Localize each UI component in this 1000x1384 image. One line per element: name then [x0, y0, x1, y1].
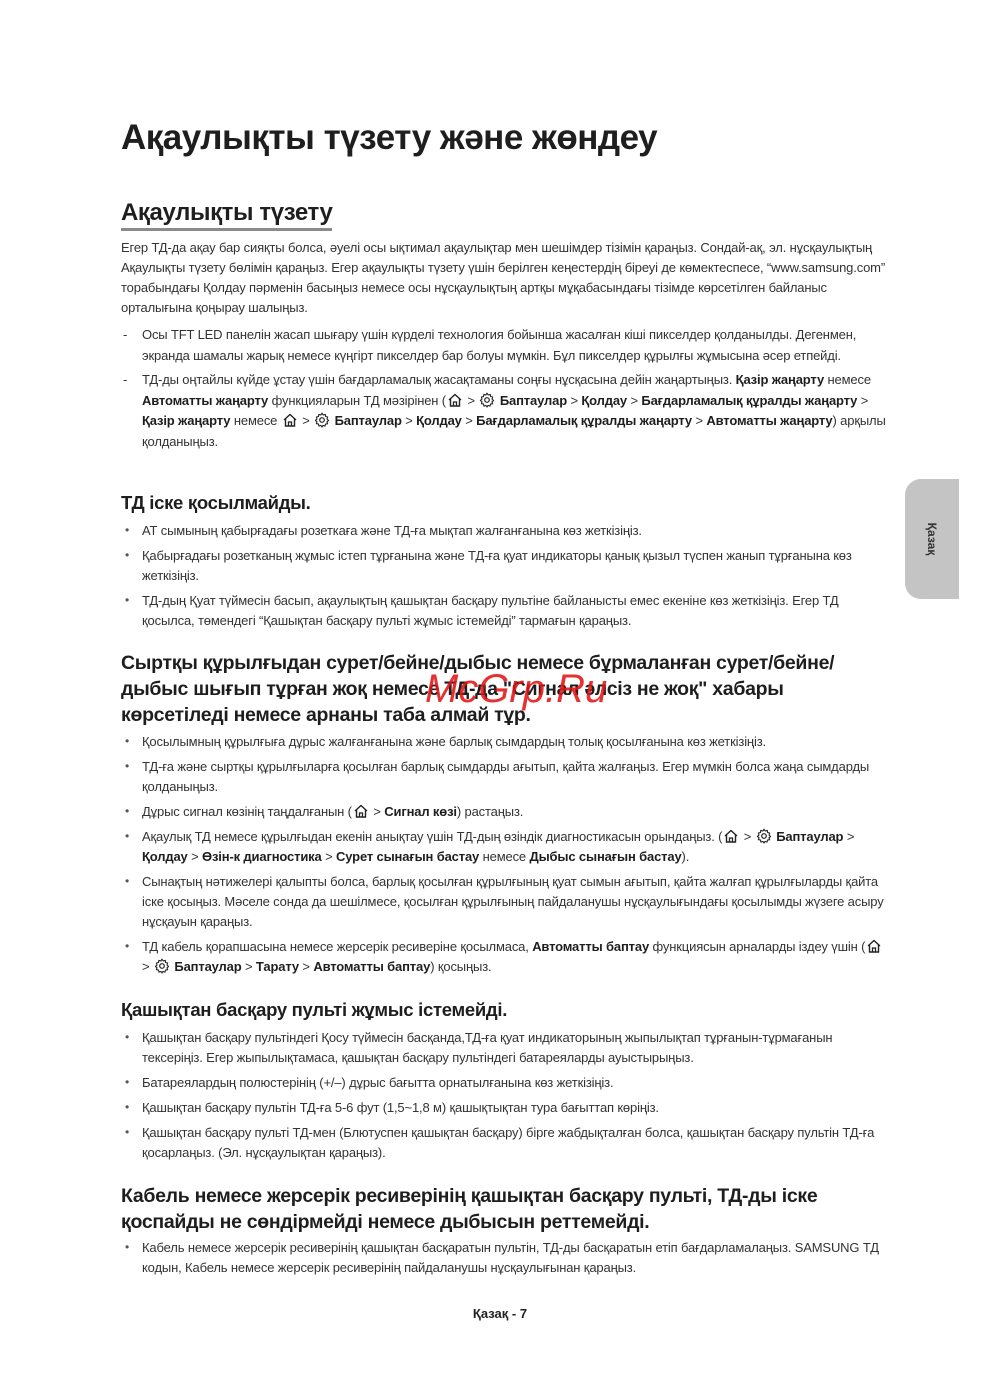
cable-section-title: Кабель немесе жерсерік ресиверінің қашық…	[121, 1183, 861, 1235]
list-item: •Қашықтан басқару пультін ТД-ға 5-6 фут …	[121, 1098, 891, 1118]
bullet-marker: •	[125, 590, 129, 610]
bullet-marker: •	[125, 1027, 129, 1047]
dash-marker: -	[123, 325, 127, 346]
page-title: Ақаулықты түзету және жөндеу	[121, 118, 657, 158]
note-item: - ТД-ды оңтайлы күйде ұстау үшін бағдарл…	[121, 370, 891, 452]
bullet-marker: •	[125, 756, 129, 776]
home-icon	[866, 938, 882, 954]
bullet-marker: •	[125, 1122, 129, 1142]
signal-section-title: Сыртқы құрылғыдан сурет/бейне/дыбыс неме…	[121, 650, 861, 728]
list-item: •Дұрыс сигнал көзінің таңдалғанын ( > Си…	[121, 802, 891, 822]
page-number: Қазақ - 7	[0, 1306, 1000, 1321]
bullet-marker: •	[125, 1097, 129, 1117]
bullet-marker: •	[125, 801, 129, 821]
power-section-title: ТД іске қосылмайды.	[121, 492, 311, 514]
list-item: •Қабырғадағы розетканың жұмыс істеп тұрғ…	[121, 546, 891, 586]
list-item: •Қашықтан басқару пультіндегі Қосу түйме…	[121, 1028, 891, 1068]
note-item: - Осы TFT LED панелін жасап шығару үшін …	[121, 325, 891, 366]
power-list: •АТ сымының қабырғадағы розеткаға және Т…	[121, 521, 891, 636]
section-title: Ақаулықты түзету	[121, 199, 332, 231]
remote-list: •Қашықтан басқару пультіндегі Қосу түйме…	[121, 1028, 891, 1168]
dash-marker: -	[123, 370, 127, 391]
gear-icon	[479, 392, 495, 408]
cable-list: •Кабель немесе жерсерік ресиверінің қашы…	[121, 1238, 891, 1283]
gear-icon	[756, 828, 772, 844]
bullet-marker: •	[125, 731, 129, 751]
list-item: •ТД-ға және сыртқы құрылғыларға қосылған…	[121, 757, 891, 797]
notes-list: - Осы TFT LED панелін жасап шығару үшін …	[121, 325, 891, 456]
bullet-marker: •	[125, 936, 129, 956]
list-item: •Сынақтың нәтижелері қалыпты болса, барл…	[121, 872, 891, 932]
list-item: •Қашықтан басқару пульті ТД-мен (Блютусп…	[121, 1123, 891, 1163]
list-item: •Қосылымның құрылғыға дұрыс жалғанғанына…	[121, 732, 891, 752]
list-item: •ТД-дың Қуат түймесін басып, ақаулықтың …	[121, 591, 891, 631]
home-icon	[282, 412, 298, 428]
gear-icon	[314, 412, 330, 428]
gear-icon	[154, 958, 170, 974]
intro-paragraph: Егер ТД-да ақау бар сияқты болса, әуелі …	[121, 238, 891, 318]
home-icon	[447, 392, 463, 408]
home-icon	[723, 828, 739, 844]
home-icon	[353, 803, 369, 819]
list-item: •Кабель немесе жерсерік ресиверінің қашы…	[121, 1238, 891, 1278]
bullet-marker: •	[125, 545, 129, 565]
list-item: •АТ сымының қабырғадағы розеткаға және Т…	[121, 521, 891, 541]
bullet-marker: •	[125, 1072, 129, 1092]
bullet-marker: •	[125, 1237, 129, 1257]
signal-list: •Қосылымның құрылғыға дұрыс жалғанғанына…	[121, 732, 891, 982]
bullet-marker: •	[125, 826, 129, 846]
bullet-marker: •	[125, 520, 129, 540]
list-item: •Батареялардың полюстерінің (+/–) дұрыс …	[121, 1073, 891, 1093]
list-item: •ТД кабель қорапшасына немесе жерсерік р…	[121, 937, 891, 977]
language-side-tab: Қазақ	[905, 479, 959, 599]
bullet-marker: •	[125, 871, 129, 891]
remote-section-title: Қашықтан басқару пульті жұмыс істемейді.	[121, 999, 507, 1021]
list-item: •Ақаулық ТД немесе құрылғыдан екенін аны…	[121, 827, 891, 867]
side-tab-label: Қазақ	[925, 523, 939, 556]
